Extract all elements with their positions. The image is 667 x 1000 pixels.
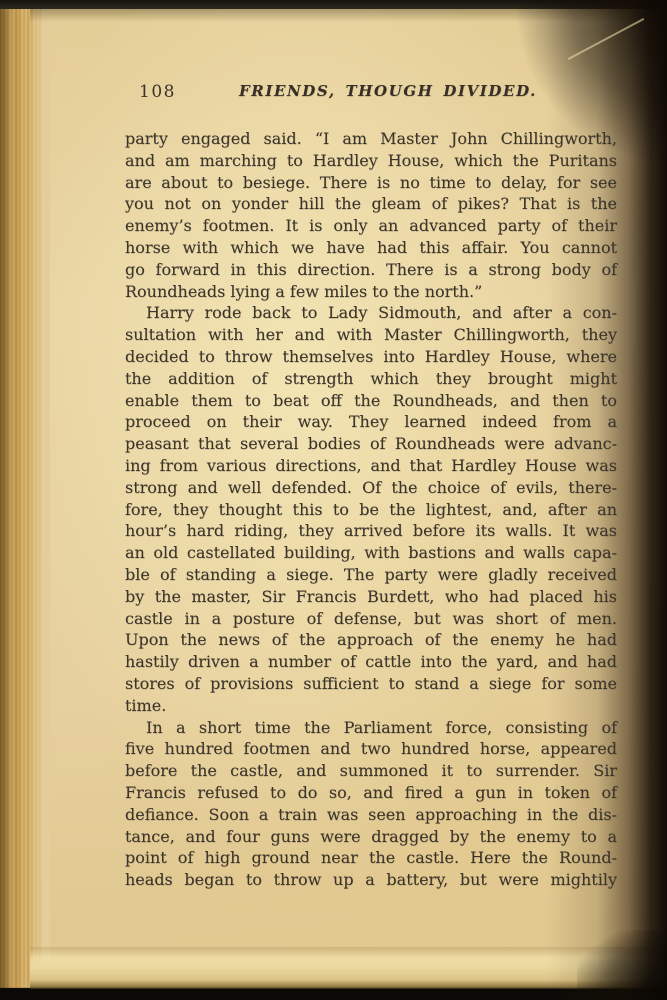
- book-page-photo: 108 FRIENDS, THOUGH DIVIDED. party engag…: [0, 0, 667, 1000]
- text-line: hour’s hard riding, they arrived before …: [125, 520, 617, 542]
- text-line: defiance. Soon a train was seen approach…: [125, 804, 617, 826]
- text-line: tance, and four guns were dragged by the…: [125, 826, 617, 848]
- text-line: before the castle, and summoned it to su…: [125, 760, 617, 782]
- text-line: horse with which we have had this affair…: [125, 237, 617, 259]
- text-line: are about to besiege. There is no time t…: [125, 172, 617, 194]
- paragraph: Harry rode back to Lady Sidmouth, and af…: [125, 302, 617, 716]
- text-line: castle in a posture of defense, but was …: [125, 608, 617, 630]
- text-line: go forward in this direction. There is a…: [125, 259, 617, 281]
- text-body: party engaged said. “I am Master John Ch…: [125, 128, 617, 891]
- text-line: Harry rode back to Lady Sidmouth, and af…: [125, 302, 617, 324]
- text-line: strong and well defended. Of the choice …: [125, 477, 617, 499]
- text-line: you not on yonder hill the gleam of pike…: [125, 193, 617, 215]
- text-line: by the master, Sir Francis Burdett, who …: [125, 586, 617, 608]
- text-line: fore, they thought this to be the lighte…: [125, 499, 617, 521]
- text-line: time.: [125, 695, 617, 717]
- text-line: Francis refused to do so, and fired a gu…: [125, 782, 617, 804]
- text-line: point of high ground near the castle. He…: [125, 847, 617, 869]
- text-line: enable them to beat off the Roundheads, …: [125, 390, 617, 412]
- text-line: In a short time the Parliament force, co…: [125, 717, 617, 739]
- text-line: peasant that several bodies of Roundhead…: [125, 433, 617, 455]
- paragraph: In a short time the Parliament force, co…: [125, 717, 617, 891]
- printed-content: 108 FRIENDS, THOUGH DIVIDED. party engag…: [125, 82, 617, 891]
- running-title: FRIENDS, THOUGH DIVIDED.: [125, 82, 617, 100]
- text-line: heads began to throw up a battery, but w…: [125, 869, 617, 891]
- text-line: five hundred footmen and two hundred hor…: [125, 738, 617, 760]
- text-line: decided to throw themselves into Hardley…: [125, 346, 617, 368]
- text-line: an old castellated building, with bastio…: [125, 542, 617, 564]
- text-line: and am marching to Hardley House, which …: [125, 150, 617, 172]
- page-header: 108 FRIENDS, THOUGH DIVIDED.: [125, 82, 617, 104]
- paragraph: party engaged said. “I am Master John Ch…: [125, 128, 617, 302]
- text-line: Upon the news of the approach of the ene…: [125, 629, 617, 651]
- text-line: ing from various directions, and that Ha…: [125, 455, 617, 477]
- page-number: 108: [139, 82, 176, 102]
- text-line: proceed on their way. They learned indee…: [125, 411, 617, 433]
- text-line: ble of standing a siege. The party were …: [125, 564, 617, 586]
- page-edge-blend: [24, 8, 50, 988]
- text-line: enemy’s footmen. It is only an advanced …: [125, 215, 617, 237]
- text-line: party engaged said. “I am Master John Ch…: [125, 128, 617, 150]
- text-line: Roundheads lying a few miles to the nort…: [125, 281, 617, 303]
- bottom-right-corner-shadow: [577, 930, 667, 1000]
- text-line: hastily driven a number of cattle into t…: [125, 651, 617, 673]
- text-line: sultation with her and with Master Chill…: [125, 324, 617, 346]
- text-line: stores of provisions sufficient to stand…: [125, 673, 617, 695]
- text-line: the addition of strength which they brou…: [125, 368, 617, 390]
